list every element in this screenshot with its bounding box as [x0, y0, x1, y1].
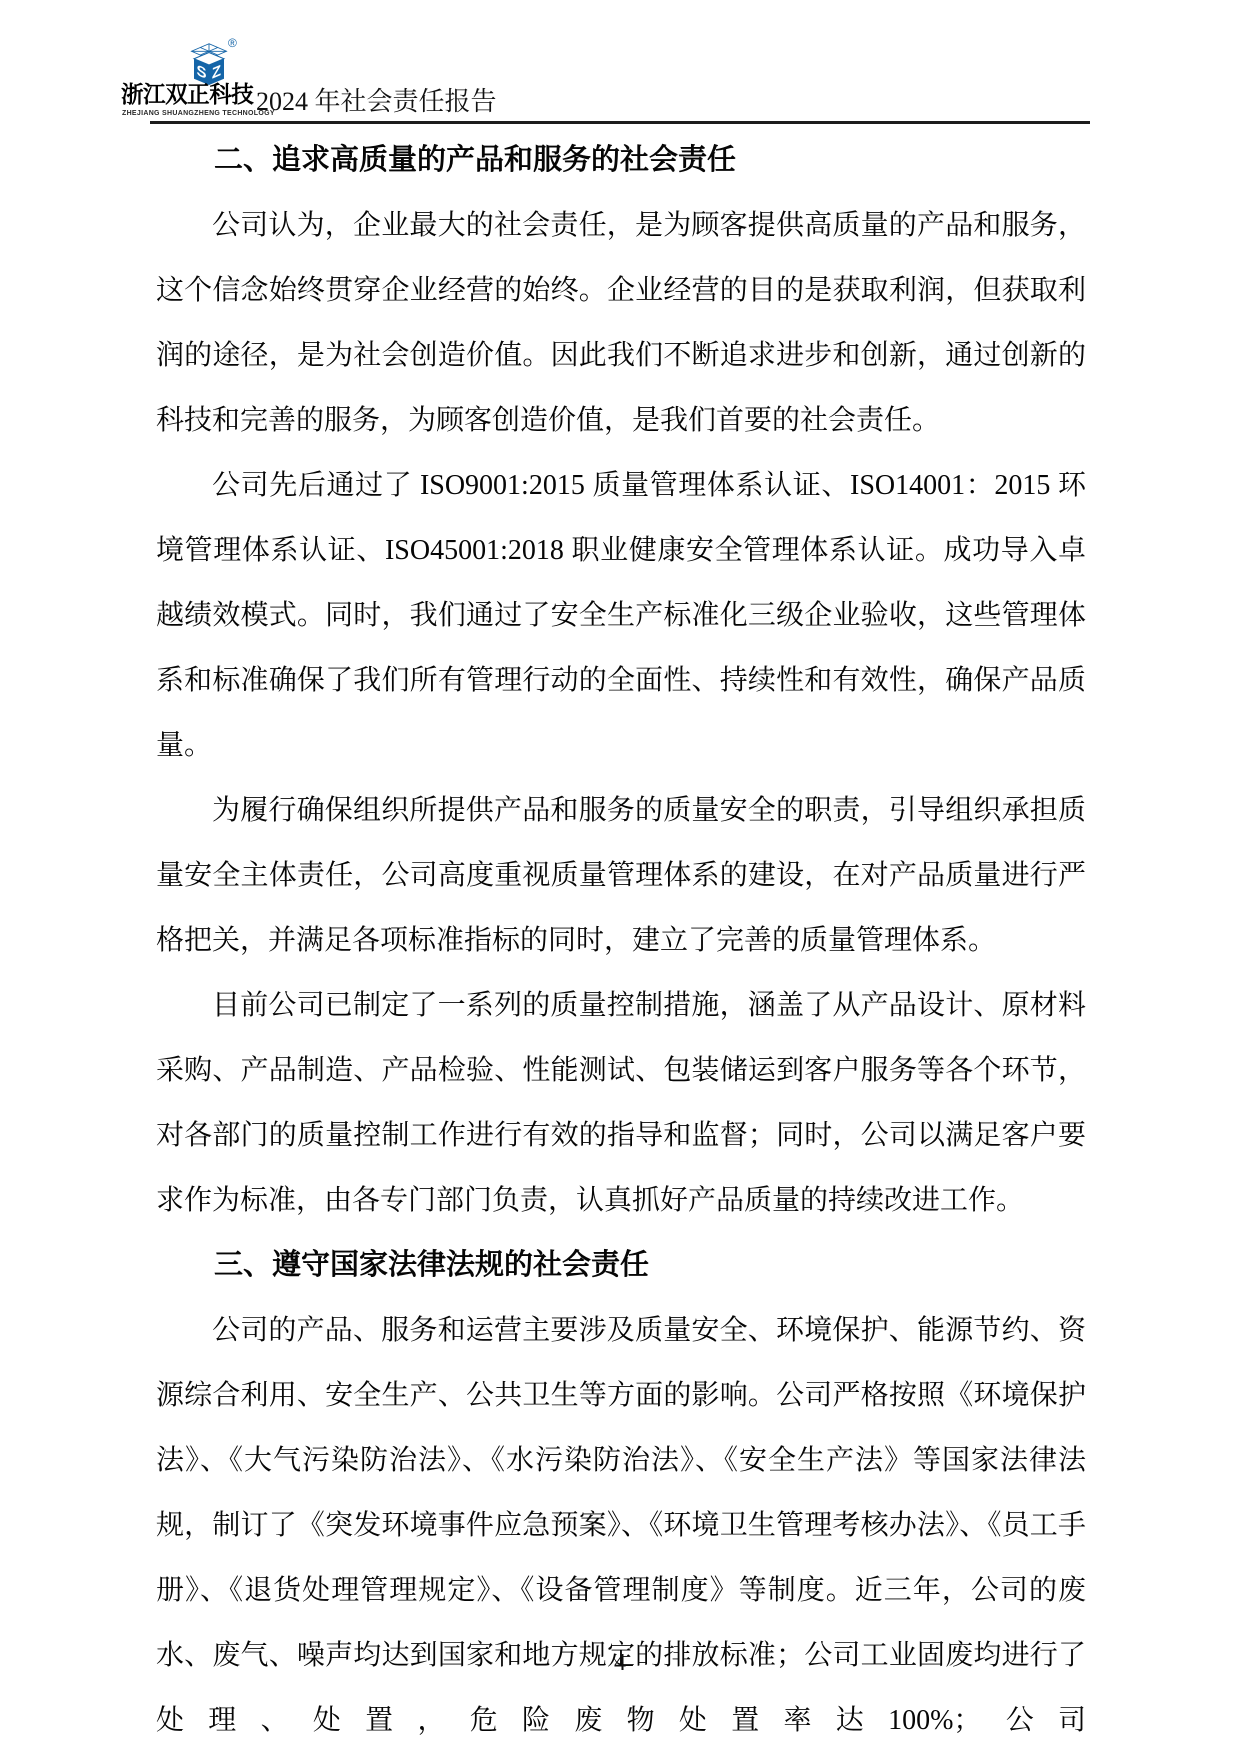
paragraph: 公司的产品、服务和运营主要涉及质量安全、环境保护、能源节约、资源综合利用、安全生… — [156, 1298, 1086, 1753]
page-number: 4 — [0, 1648, 1240, 1678]
company-name-cn: 浙江双正科技 — [121, 80, 258, 108]
report-title: 2024 年社会责任报告 — [256, 87, 497, 117]
header-divider — [150, 121, 1090, 124]
report-page: S Z ® 浙江双正科技 ZHEJIANG SHUANGZHENG TECHNO… — [0, 0, 1240, 1754]
section-heading-quality: 二、追求高质量的产品和服务的社会责任 — [156, 128, 1086, 193]
paragraph: 目前公司已制定了一系列的质量控制措施，涵盖了从产品设计、原材料采购、产品制造、产… — [156, 973, 1086, 1233]
paragraph: 公司先后通过了 ISO9001:2015 质量管理体系认证、ISO14001：2… — [156, 453, 1086, 778]
registered-trademark-symbol: ® — [228, 36, 237, 50]
paragraph: 公司认为，企业最大的社会责任，是为顾客提供高质量的产品和服务，这个信念始终贯穿企… — [156, 193, 1086, 453]
paragraph: 为履行确保组织所提供产品和服务的质量安全的职责，引导组织承担质量安全主体责任，公… — [156, 778, 1086, 973]
document-body: 二、追求高质量的产品和服务的社会责任 公司认为，企业最大的社会责任，是为顾客提供… — [156, 128, 1086, 1753]
section-heading-law: 三、遵守国家法律法规的社会责任 — [156, 1233, 1086, 1298]
company-name-en: ZHEJIANG SHUANGZHENG TECHNOLOGY — [122, 109, 262, 118]
